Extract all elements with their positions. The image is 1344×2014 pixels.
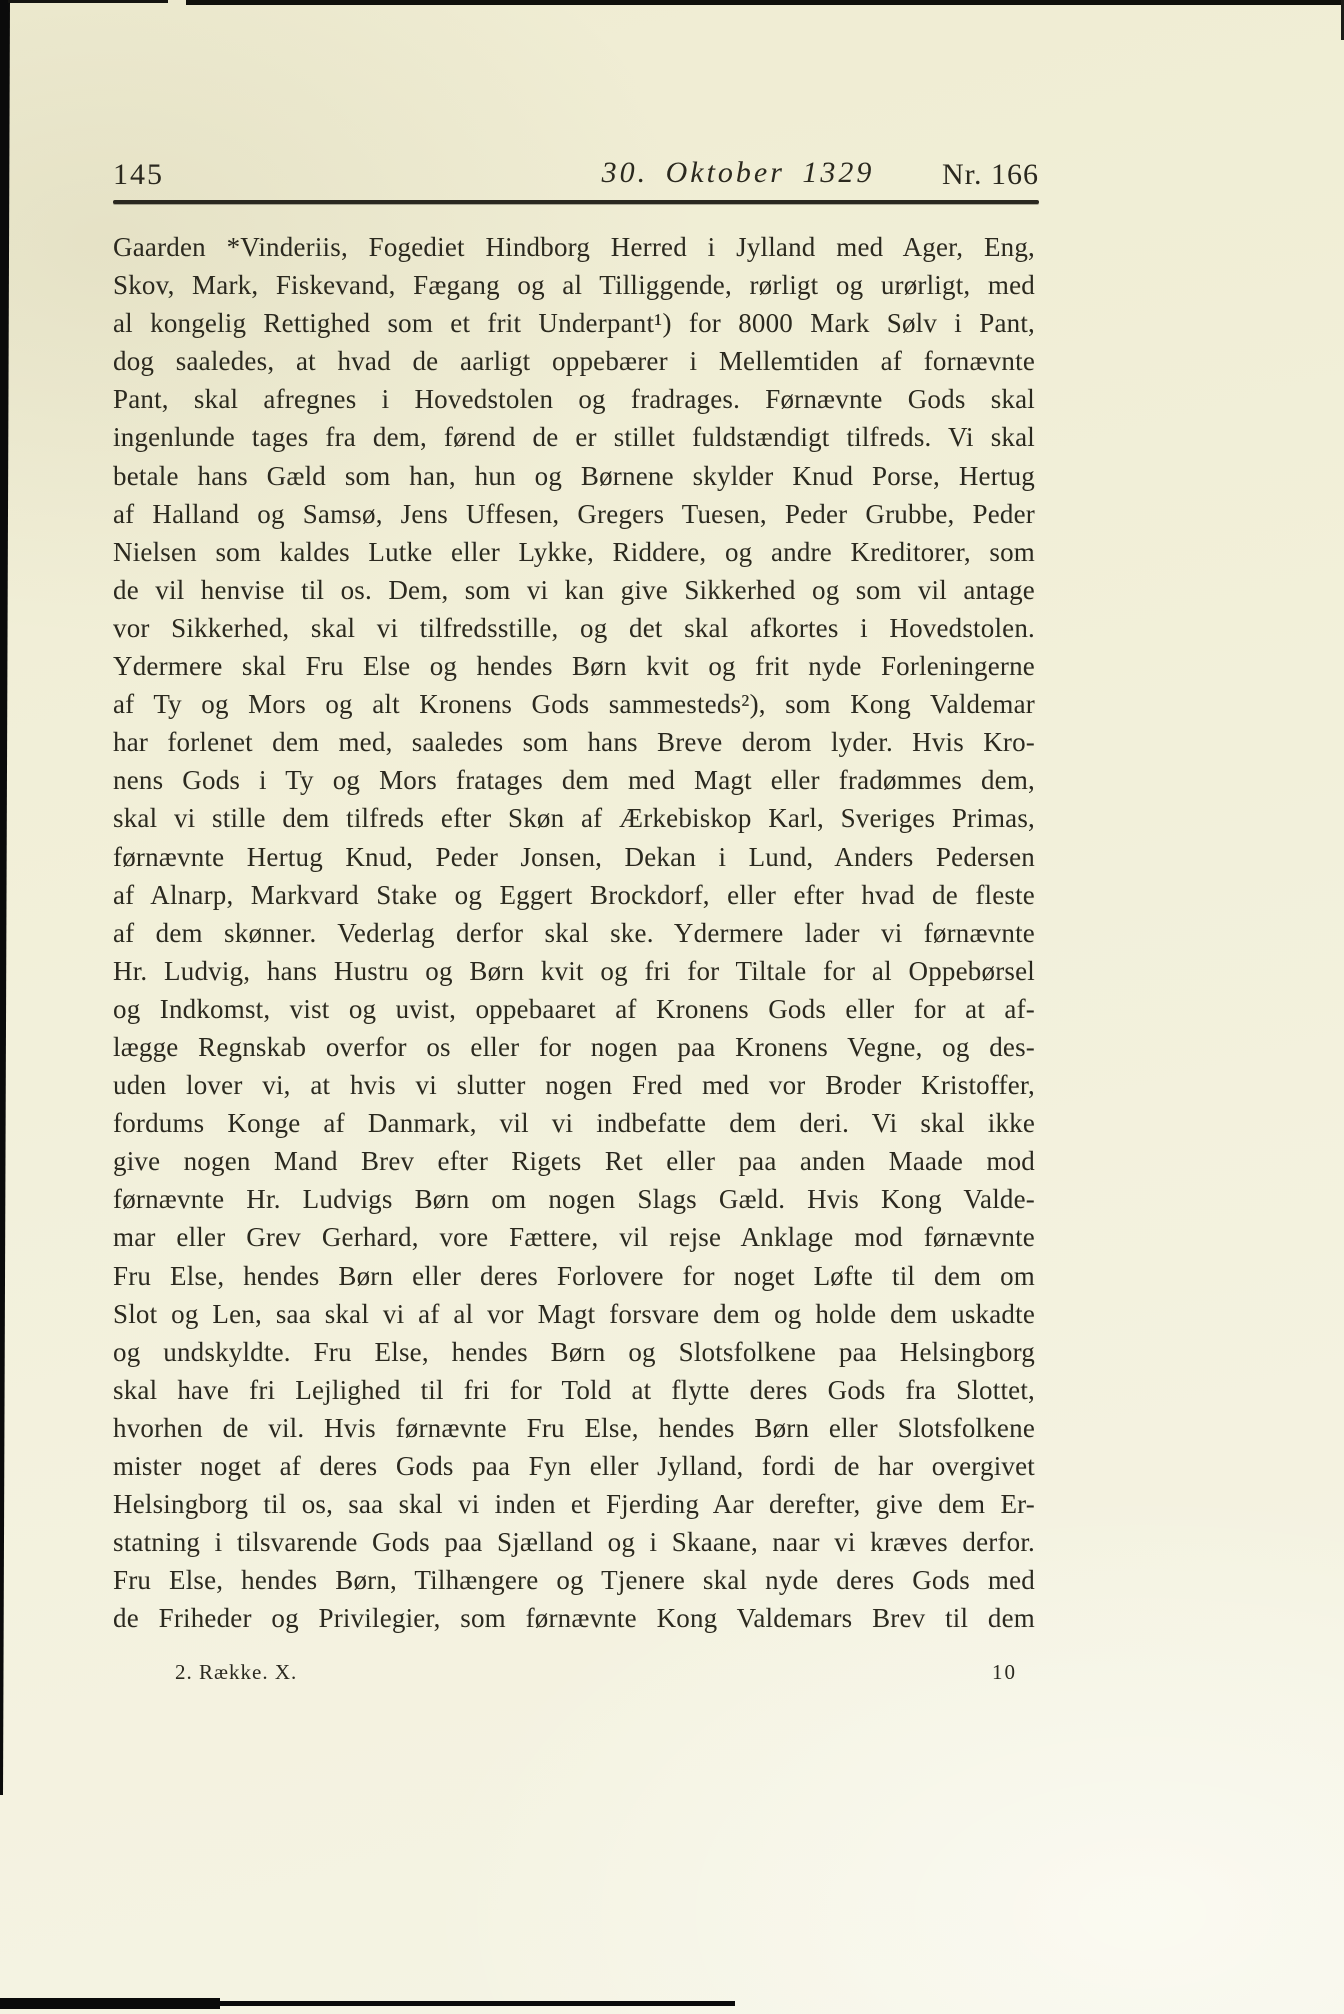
- text-line: Hr. Ludvig, hans Hustru og Børn kvit og …: [113, 952, 1035, 990]
- text-line: Skov, Mark, Fiskevand, Fægang og al Till…: [113, 266, 1035, 304]
- scan-edge-left: [0, 0, 10, 1795]
- page-number: 145: [113, 158, 164, 192]
- header-date: 30. Oktober 1329: [453, 156, 1023, 190]
- text-line: de vil henvise til os. Dem, som vi kan g…: [113, 571, 1035, 609]
- footer-series-label: 2. Række. X.: [175, 1660, 297, 1685]
- scan-edge-bottom-thin: [220, 2001, 735, 2006]
- text-line: Ydermere skal Fru Else og hendes Børn kv…: [113, 647, 1035, 685]
- text-line: de Friheder og Privilegier, som førnævnt…: [113, 1599, 1035, 1637]
- text-line: nens Gods i Ty og Mors fratages dem med …: [113, 761, 1035, 799]
- text-line: statning i tilsvarende Gods paa Sjælland…: [113, 1523, 1035, 1561]
- text-line: fordums Konge af Danmark, vil vi indbefa…: [113, 1104, 1035, 1142]
- text-line: Pant, skal afregnes i Hovedstolen og fra…: [113, 380, 1035, 418]
- text-line: ingenlunde tages fra dem, førend de er s…: [113, 418, 1035, 456]
- header-rule: [113, 200, 1039, 204]
- text-line: har forlenet dem med, saaledes som hans …: [113, 723, 1035, 761]
- scan-edge-bottom-thick: [0, 1998, 220, 2009]
- text-line: skal have fri Lejlighed til fri for Told…: [113, 1371, 1035, 1409]
- text-line: førnævnte Hr. Ludvigs Børn om nogen Slag…: [113, 1180, 1035, 1218]
- text-line: af dem skønner. Vederlag derfor skal ske…: [113, 914, 1035, 952]
- text-line: betale hans Gæld som han, hun og Børnene…: [113, 457, 1035, 495]
- page-header: 145 30. Oktober 1329 Nr. 166: [113, 158, 1039, 200]
- header-doc-number: Nr. 166: [942, 158, 1039, 192]
- text-line: lægge Regnskab overfor os eller for noge…: [113, 1028, 1035, 1066]
- text-line: Fru Else, hendes Børn eller deres Forlov…: [113, 1257, 1035, 1295]
- scan-page: 145 30. Oktober 1329 Nr. 166 Gaarden *Vi…: [0, 0, 1344, 2014]
- text-line: vor Sikkerhed, skal vi tilfredsstille, o…: [113, 609, 1035, 647]
- text-line: af Halland og Samsø, Jens Uffesen, Grege…: [113, 495, 1035, 533]
- scan-edge-top-left: [8, 0, 168, 3]
- text-line: af Alnarp, Markvard Stake og Eggert Broc…: [113, 876, 1035, 914]
- text-line: uden lover vi, at hvis vi slutter nogen …: [113, 1066, 1035, 1104]
- text-line: mar eller Grev Gerhard, vore Fættere, vi…: [113, 1218, 1035, 1256]
- text-line: af Ty og Mors og alt Kronens Gods sammes…: [113, 685, 1035, 723]
- text-line: Gaarden *Vinderiis, Fogediet Hindborg He…: [113, 228, 1035, 266]
- text-line: Helsingborg til os, saa skal vi inden et…: [113, 1485, 1035, 1523]
- text-line: Slot og Len, saa skal vi af al vor Magt …: [113, 1295, 1035, 1333]
- text-line: al kongelig Rettighed som et frit Underp…: [113, 304, 1035, 342]
- body-text: Gaarden *Vinderiis, Fogediet Hindborg He…: [113, 228, 1035, 1637]
- text-line: og Indkomst, vist og uvist, oppebaaret a…: [113, 990, 1035, 1028]
- footer-sheet-number: 10: [992, 1660, 1017, 1685]
- scan-edge-top-right: [186, 0, 1344, 5]
- text-line: førnævnte Hertug Knud, Peder Jonsen, Dek…: [113, 838, 1035, 876]
- text-line: give nogen Mand Brev efter Rigets Ret el…: [113, 1142, 1035, 1180]
- text-line: skal vi stille dem tilfreds efter Skøn a…: [113, 799, 1035, 837]
- text-line: hvorhen de vil. Hvis førnævnte Fru Else,…: [113, 1409, 1035, 1447]
- text-line: mister noget af deres Gods paa Fyn eller…: [113, 1447, 1035, 1485]
- text-line: dog saaledes, at hvad de aarligt oppebær…: [113, 342, 1035, 380]
- text-line: Fru Else, hendes Børn, Tilhængere og Tje…: [113, 1561, 1035, 1599]
- text-line: og undskyldte. Fru Else, hendes Børn og …: [113, 1333, 1035, 1371]
- text-line: Nielsen som kaldes Lutke eller Lykke, Ri…: [113, 533, 1035, 571]
